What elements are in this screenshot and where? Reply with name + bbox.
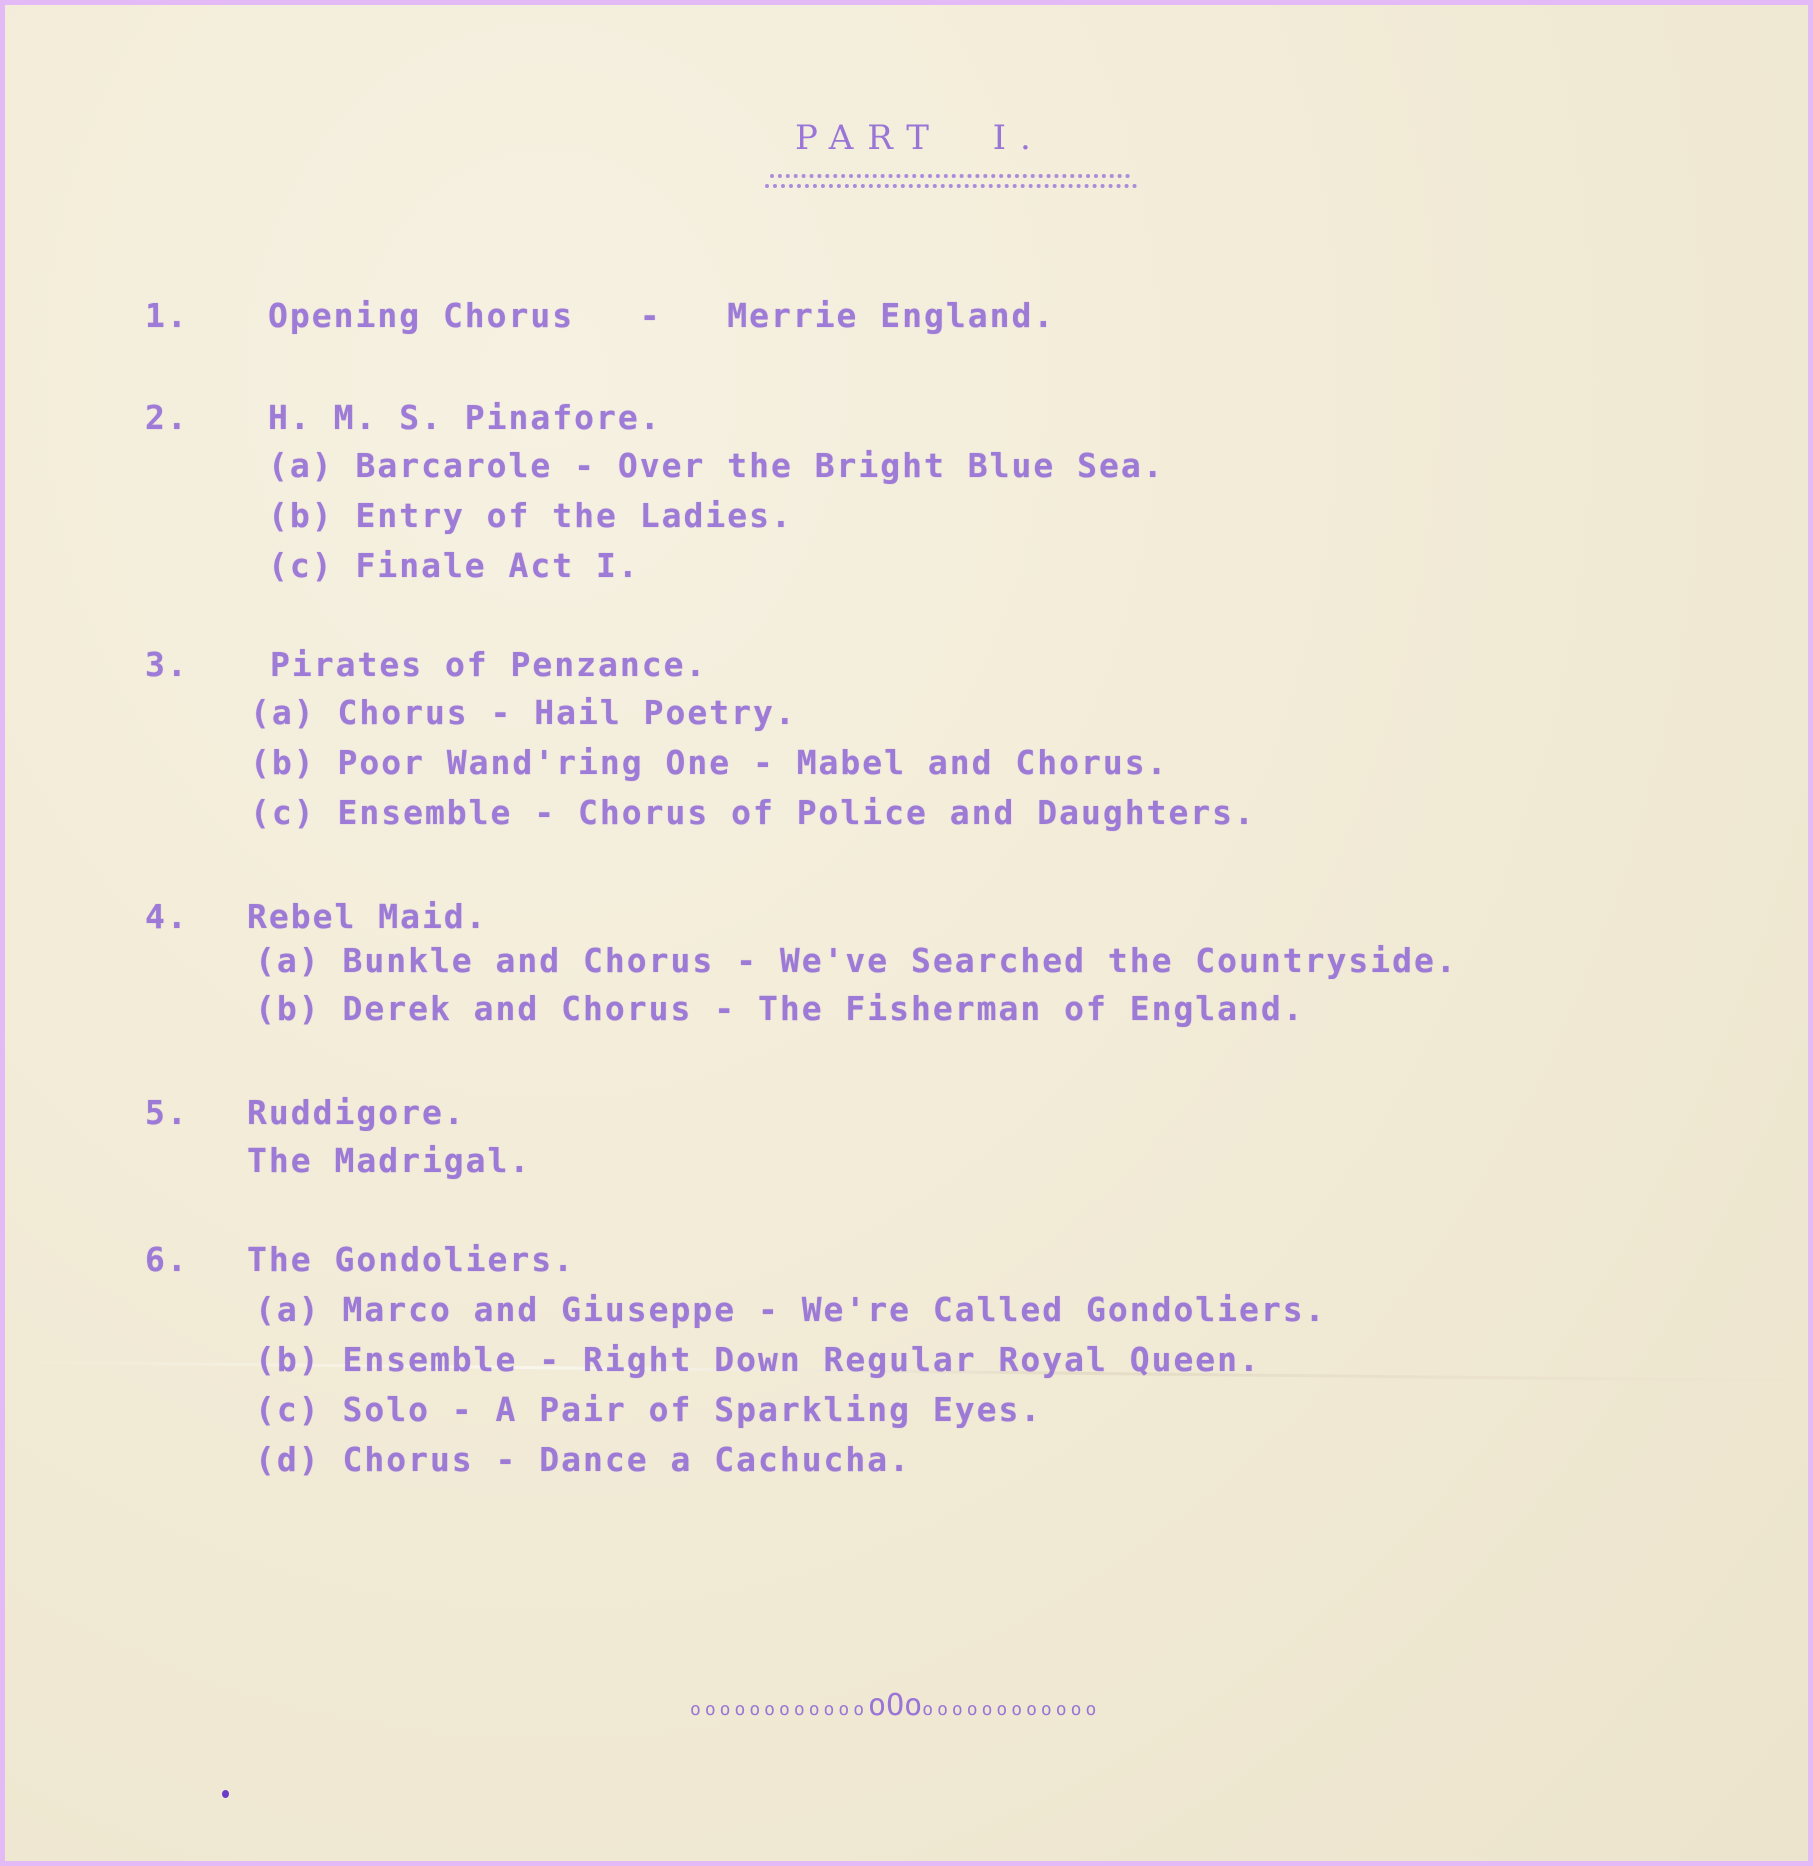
subitem: (c) Ensemble - Chorus of Police and Daug…: [250, 793, 1256, 832]
item-number-5: 5.: [145, 1093, 189, 1132]
title-underline-2: [765, 184, 1137, 188]
item-heading-2: H. M. S. Pinafore.: [268, 398, 662, 437]
subitem: (b) Poor Wand'ring One - Mabel and Choru…: [250, 743, 1168, 782]
subitem: (d) Chorus - Dance a Cachucha.: [255, 1440, 911, 1479]
subitem: (a) Marco and Giuseppe - We're Called Go…: [255, 1290, 1327, 1329]
subitem: (a) Chorus - Hail Poetry.: [250, 693, 797, 732]
item-heading-1: Opening Chorus - Merrie England.: [268, 296, 1055, 335]
subitem: (b) Entry of the Ladies.: [268, 496, 793, 535]
ornament-left: oooooooooooo: [690, 1699, 868, 1720]
closing-ornament: oooooooooooooOooooooooooooo: [690, 1688, 1100, 1723]
page-title: PART I.: [795, 118, 1045, 158]
subitem: (a) Barcarole - Over the Bright Blue Sea…: [268, 446, 1165, 485]
subitem: (c) Solo - A Pair of Sparkling Eyes.: [255, 1390, 1042, 1429]
item-heading-4: Rebel Maid.: [247, 897, 488, 936]
item-heading-6: The Gondoliers.: [247, 1240, 575, 1279]
ink-speck: [222, 1790, 229, 1798]
subitem: (a) Bunkle and Chorus - We've Searched t…: [255, 941, 1458, 980]
item-heading-5: Ruddigore.: [247, 1093, 466, 1132]
title-underline: [770, 174, 1130, 178]
ornament-center: oOo: [868, 1688, 922, 1723]
item-heading-3: Pirates of Penzance.: [270, 645, 707, 684]
subitem: The Madrigal.: [247, 1141, 531, 1180]
subitem: (c) Finale Act I.: [268, 546, 640, 585]
ornament-right: oooooooooooo: [922, 1699, 1100, 1720]
item-number-1: 1.: [145, 296, 189, 335]
subitem: (b) Derek and Chorus - The Fisherman of …: [255, 989, 1305, 1028]
item-number-3: 3.: [145, 645, 189, 684]
subitem: (b) Ensemble - Right Down Regular Royal …: [255, 1340, 1261, 1379]
item-number-4: 4.: [145, 897, 189, 936]
item-number-2: 2.: [145, 398, 189, 437]
item-number-6: 6.: [145, 1240, 189, 1279]
